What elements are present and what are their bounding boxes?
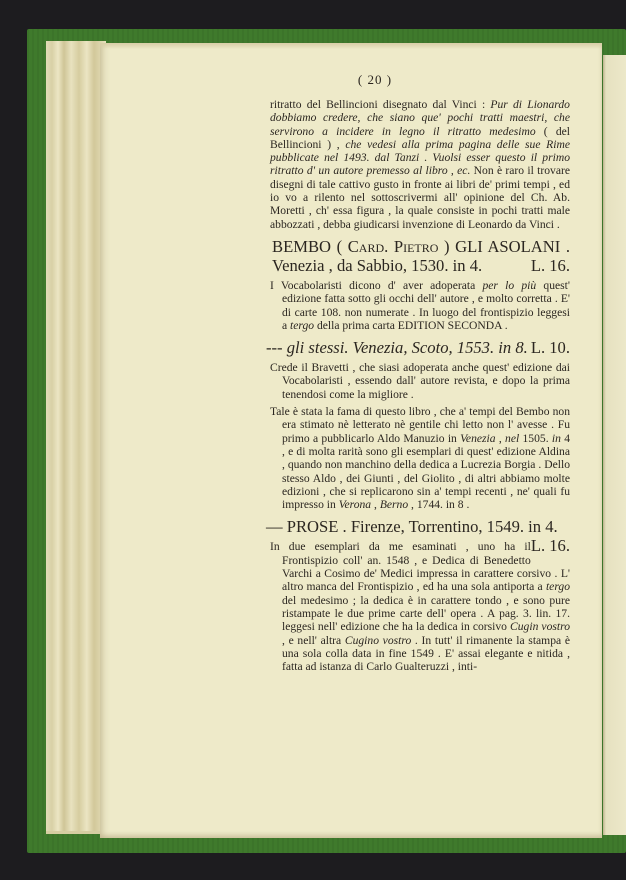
note-fama: Tale è stata la fama di questo libro , c… [140,405,570,511]
facing-page-edge [603,55,626,835]
price: L. 16. [531,536,570,555]
note-vocabolaristi: I Vocabolaristi dicono d' aver adoperata… [140,279,570,332]
entry-prose: — PROSE . Firenze, Torrentino, 1549. in … [140,517,570,536]
page-text: ( 20 ) ritratto del Bellincioni disegnat… [140,72,570,673]
price: L. 16. [531,256,570,275]
note-bravetti: Crede il Bravetti , che siasi adoperata … [140,361,570,401]
page-number: ( 20 ) [180,72,570,88]
entry-gli-stessi: --- gli stessi. Venezia, Scoto, 1553. in… [140,338,570,357]
page-edges [46,41,106,834]
entry-bembo-asolani: BEMBO ( Card. Pietro ) GLI ASOLANI . Ven… [140,237,570,275]
note-bellincioni: ritratto del Bellincioni disegnato dal V… [140,98,570,231]
price: L. 10. [531,338,570,357]
note-esemplari: In due esemplari da me esaminati , uno h… [140,540,570,673]
